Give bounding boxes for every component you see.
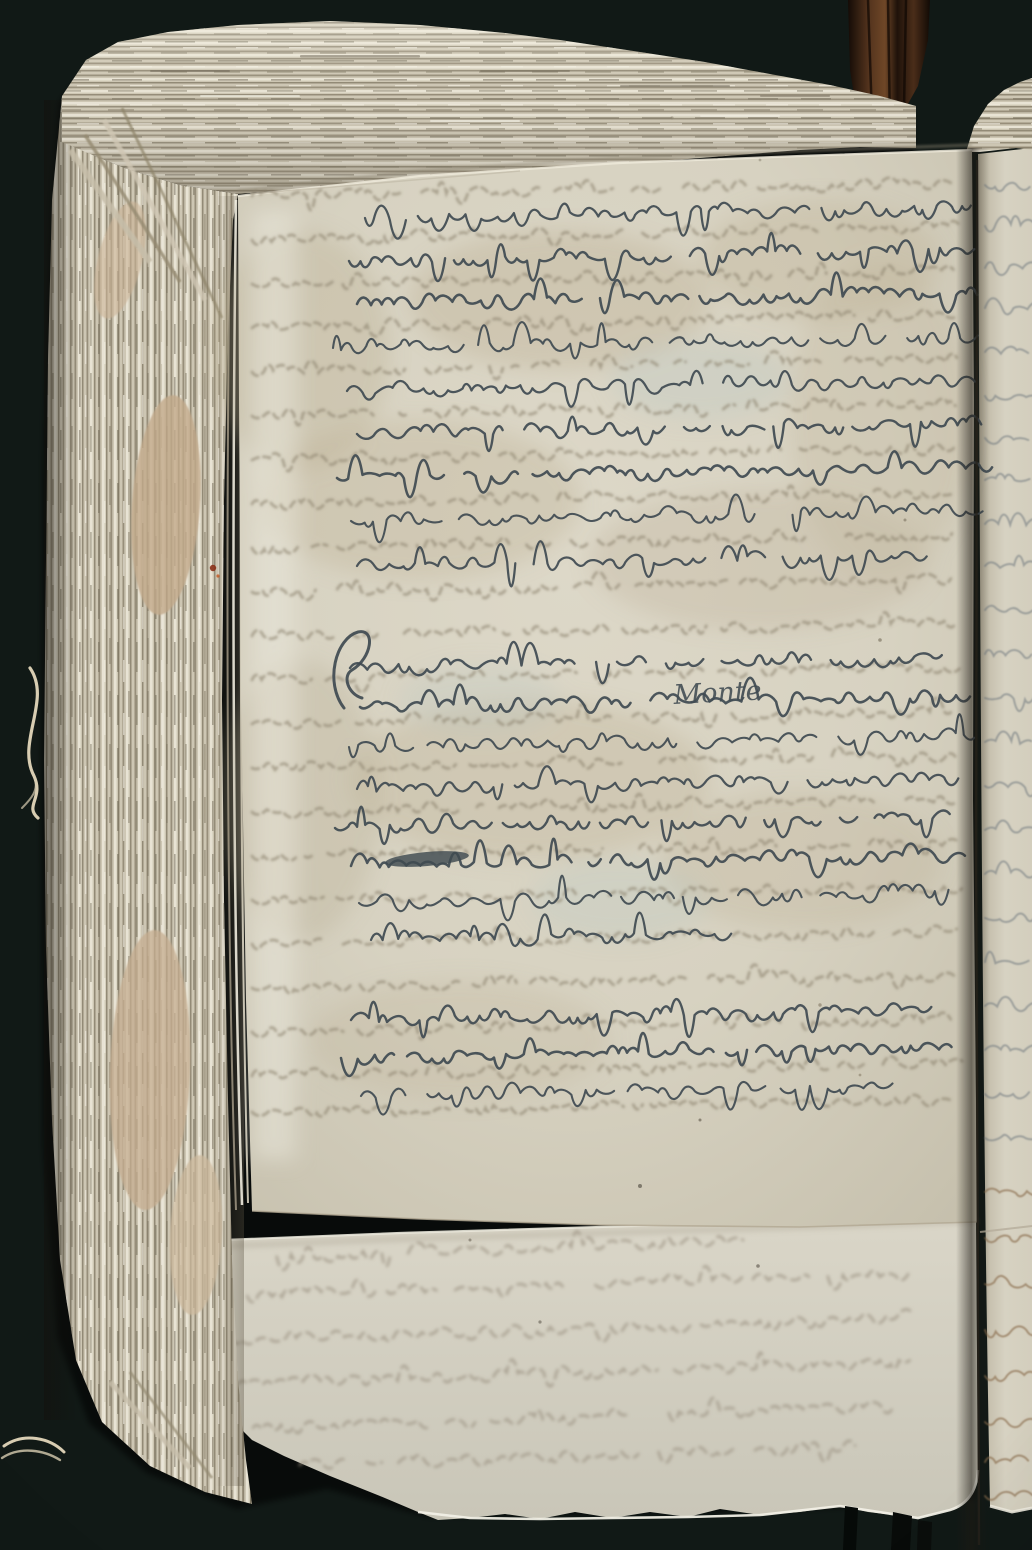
paper-speck xyxy=(878,638,882,642)
paper-speck xyxy=(756,1264,760,1268)
paper-speck xyxy=(699,1119,702,1122)
legible-word-monte: Monte xyxy=(672,675,763,711)
paper-speck xyxy=(670,116,673,119)
paper-speck xyxy=(638,1184,642,1188)
paper-speck xyxy=(859,1074,862,1077)
paper-speck xyxy=(216,574,219,577)
manuscript-photo: Monte xyxy=(0,0,1032,1550)
paper-speck xyxy=(818,1003,821,1006)
paper-speck xyxy=(759,159,762,162)
paper-speck xyxy=(904,519,907,522)
left-band-outer-shade xyxy=(44,100,78,1420)
lower-sheet xyxy=(224,1215,978,1520)
lower-sheet-paper xyxy=(224,1215,978,1520)
paper-speck xyxy=(538,1320,541,1323)
manuscript-scene: Monte xyxy=(0,0,1032,1550)
paper-speck xyxy=(469,1239,472,1242)
paper-speck xyxy=(210,565,216,571)
gutter-shadow xyxy=(956,148,990,1550)
main-page: Monte xyxy=(210,116,992,1323)
